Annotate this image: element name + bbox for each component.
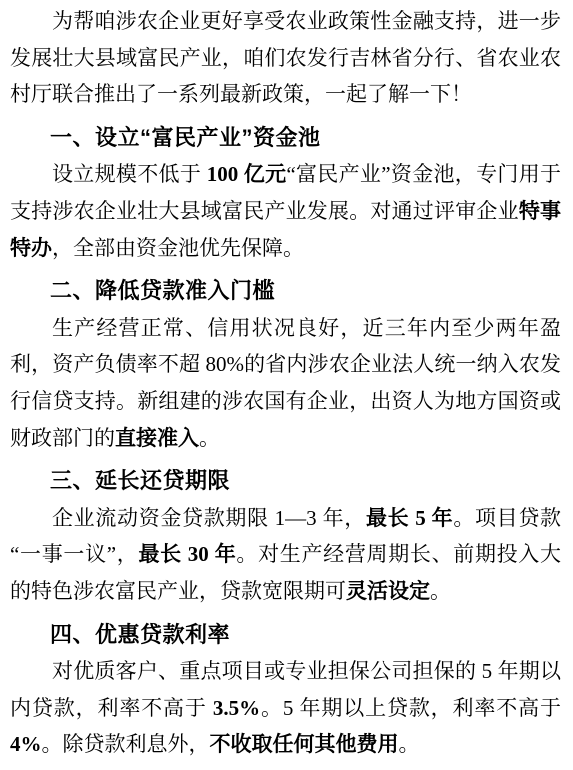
text-run: 100 亿元	[207, 162, 287, 186]
text-run: 企业流动资金贷款期限 1—3 年，	[52, 506, 366, 530]
text-run: 。除贷款利息外，	[42, 732, 210, 756]
text-run: 二、降低贷款准入门槛	[50, 278, 275, 303]
text-run: 。	[399, 732, 420, 756]
text-run: 最长 5 年	[366, 506, 453, 530]
text-run: 不收取任何其他费用	[210, 732, 399, 756]
paragraph: 企业流动资金贷款期限 1—3 年，最长 5 年。项目贷款“一事一议”，最长 30…	[10, 500, 561, 610]
text-run: 。5 年期以上贷款，利率不高于	[260, 696, 561, 720]
document-page: 为帮咱涉农企业更好享受农业政策性金融支持，进一步发展壮大县域富民产业，咱们农发行…	[0, 0, 573, 770]
text-run: 最长 30 年	[138, 542, 236, 566]
section-heading: 二、降低贷款准入门槛	[10, 273, 561, 310]
text-run: 三、延长还贷期限	[50, 468, 230, 493]
document-body: 为帮咱涉农企业更好享受农业政策性金融支持，进一步发展壮大县域富民产业，咱们农发行…	[10, 3, 561, 763]
text-run: 设立规模不低于	[52, 162, 207, 186]
text-run: 灵活设定	[346, 579, 430, 603]
paragraph: 生产经营正常、信用状况良好，近三年内至少两年盈利，资产负债率不超 80%的省内涉…	[10, 310, 561, 456]
section-heading: 三、延长还贷期限	[10, 463, 561, 500]
paragraph: 设立规模不低于 100 亿元“富民产业”资金池，专门用于支持涉农企业壮大县域富民…	[10, 156, 561, 266]
section-heading: 四、优惠贷款利率	[10, 617, 561, 654]
text-run: 4%	[10, 732, 42, 756]
text-run: 。	[430, 579, 451, 603]
text-run: ，全部由资金池优先保障。	[52, 236, 304, 260]
text-run: 生产经营正常、信用状况良好，近三年内至少两年盈利，资产负债率不超 80%的省内涉…	[10, 316, 561, 450]
text-run: 四、优惠贷款利率	[50, 622, 230, 647]
text-run: 一、设立“富民产业”资金池	[50, 125, 321, 150]
paragraph: 对优质客户、重点项目或专业担保公司担保的 5 年期以内贷款，利率不高于 3.5%…	[10, 653, 561, 763]
text-run: 为帮咱涉农企业更好享受农业政策性金融支持，进一步发展壮大县域富民产业，咱们农发行…	[10, 9, 561, 106]
section-heading: 一、设立“富民产业”资金池	[10, 120, 561, 157]
text-run: 直接准入	[115, 426, 199, 450]
text-run: 。	[199, 426, 220, 450]
text-run: 3.5%	[213, 696, 260, 720]
paragraph: 为帮咱涉农企业更好享受农业政策性金融支持，进一步发展壮大县域富民产业，咱们农发行…	[10, 3, 561, 113]
